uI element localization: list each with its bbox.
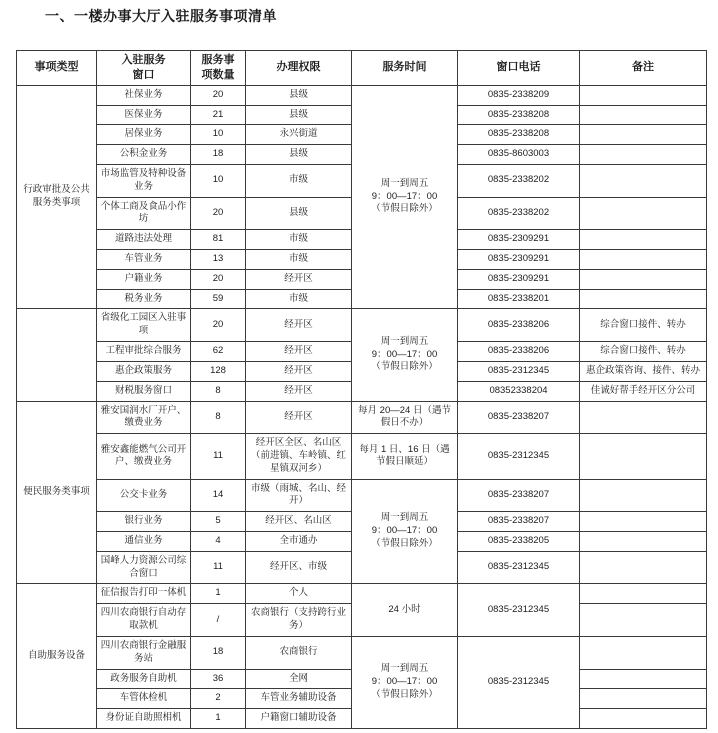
table-cell: 农商银行 [246,636,352,669]
table-row: 便民服务类事项雅安国润水厂开户、缴费业务8经开区每月 20—24 日（遇节假日不… [17,401,707,434]
table-cell: 周一到周五 9：00—17：00 （节假日除外） [352,636,458,728]
table-cell: 0835-2312345 [458,434,580,479]
table-cell: 21 [191,105,246,125]
table-cell: 公积金业务 [97,145,191,165]
table-cell: 国峰人力资源公司综合窗口 [97,551,191,584]
column-header: 服务事 项数量 [191,51,246,86]
table-cell: 经开区 [246,381,352,401]
table-cell [580,584,707,604]
table-cell: 财税服务窗口 [97,381,191,401]
table-cell: 36 [191,669,246,689]
table-cell: 0835-2338206 [458,342,580,362]
table-cell: 经开区 [246,309,352,342]
table-cell: 20 [191,309,246,342]
document-page: 一、一楼办事大厅入驻服务事项清单 事项类型入驻服务 窗口服务事 项数量办理权限服… [0,0,718,733]
table-cell: 0835-2338207 [458,512,580,532]
table-cell [580,401,707,434]
table-cell: 经开区 [246,269,352,289]
table-cell: 医保业务 [97,105,191,125]
table-cell [17,309,97,401]
table-cell [580,197,707,230]
table-cell: 0835-2309291 [458,269,580,289]
table-cell: 雅安国润水厂开户、缴费业务 [97,401,191,434]
table-cell: 居保业务 [97,125,191,145]
table-cell: 81 [191,230,246,250]
table-cell: 10 [191,164,246,197]
table-cell: 政务服务自助机 [97,669,191,689]
page-title: 一、一楼办事大厅入驻服务事项清单 [45,6,277,26]
table-cell: 0835-2338206 [458,309,580,342]
table-cell: 8 [191,401,246,434]
table-cell: 工程审批综合服务 [97,342,191,362]
table-cell: 8 [191,381,246,401]
table-cell: 身份证自助照相机 [97,709,191,729]
table-row: 自助服务设备征信报告打印一体机1个人24 小时0835-2312345 [17,584,707,604]
table-cell: 0835-2338209 [458,85,580,105]
table-cell: 24 小时 [352,584,458,636]
table-cell: 周一到周五 9：00—17：00 （节假日除外） [352,309,458,401]
table-cell: 14 [191,479,246,512]
table-cell: 银行业务 [97,512,191,532]
table-cell: 市级（雨城、名山、经开） [246,479,352,512]
table-cell: 0835-2312345 [458,551,580,584]
services-table: 事项类型入驻服务 窗口服务事 项数量办理权限服务时间窗口电话备注 行政审批及公共… [16,50,707,729]
table-cell: 车管体检机 [97,689,191,709]
table-cell: 雅安鑫能燃气公司开户、缴费业务 [97,434,191,479]
table-cell: 车管业务辅助设备 [246,689,352,709]
column-header: 服务时间 [352,51,458,86]
table-cell: 0835-2338208 [458,105,580,125]
table-cell: 个体工商及食品小作坊 [97,197,191,230]
table-cell: 行政审批及公共服务类事项 [17,85,97,309]
table-cell: 征信报告打印一体机 [97,584,191,604]
table-cell: 11 [191,434,246,479]
table-cell: 每月 20—24 日（遇节假日不办） [352,401,458,434]
table-cell: 1 [191,584,246,604]
table-cell: 0835-2338207 [458,479,580,512]
table-cell [580,669,707,689]
table-cell: 市级 [246,230,352,250]
table-cell: / [191,604,246,637]
table-cell: 5 [191,512,246,532]
table-cell: 0835-8603003 [458,145,580,165]
column-header: 窗口电话 [458,51,580,86]
table-cell: 20 [191,197,246,230]
table-row: 四川农商银行金融服务站18农商银行周一到周五 9：00—17：00 （节假日除外… [17,636,707,669]
table-cell: 综合窗口接件、转办 [580,342,707,362]
table-cell [580,230,707,250]
table-cell: 农商银行（支持跨行业务） [246,604,352,637]
table-cell: 省级化工园区入驻事项 [97,309,191,342]
table-cell: 0835-2338207 [458,401,580,434]
table-cell [580,105,707,125]
table-cell [580,269,707,289]
table-cell: 通信业务 [97,532,191,552]
table-cell: 11 [191,551,246,584]
table-cell: 县级 [246,85,352,105]
table-cell: 0835-2312345 [458,361,580,381]
table-cell: 县级 [246,105,352,125]
table-cell: 全市通办 [246,532,352,552]
column-header: 办理权限 [246,51,352,86]
table-cell: 四川农商银行自动存取款机 [97,604,191,637]
table-cell: 59 [191,289,246,309]
table-cell: 经开区 [246,401,352,434]
table-cell: 0835-2309291 [458,230,580,250]
table-cell: 经开区、名山区 [246,512,352,532]
column-header: 备注 [580,51,707,86]
table-cell: 自助服务设备 [17,584,97,729]
table-cell: 0835-2338202 [458,197,580,230]
table-cell: 市级 [246,250,352,270]
table-cell: 市级 [246,164,352,197]
table-cell: 18 [191,145,246,165]
services-table-header-row: 事项类型入驻服务 窗口服务事 项数量办理权限服务时间窗口电话备注 [17,51,707,86]
table-cell: 经开区 [246,361,352,381]
table-cell: 县级 [246,197,352,230]
table-cell: 市场监管及特种设备业务 [97,164,191,197]
table-cell: 08352338204 [458,381,580,401]
table-cell [580,164,707,197]
table-cell: 4 [191,532,246,552]
table-cell: 0835-2309291 [458,250,580,270]
table-cell [580,434,707,479]
table-cell [580,145,707,165]
table-cell: 经开区全区、名山区（前进镇、车岭镇、红星镇双河乡） [246,434,352,479]
table-cell [580,125,707,145]
table-cell: 综合窗口接件、转办 [580,309,707,342]
table-cell: 62 [191,342,246,362]
table-cell: 道路违法处理 [97,230,191,250]
table-cell [580,532,707,552]
table-cell [580,250,707,270]
table-cell: 周一到周五 9：00—17：00 （节假日除外） [352,85,458,309]
table-cell: 惠企政策咨询、接件、转办 [580,361,707,381]
table-cell: 1 [191,709,246,729]
table-cell: 周一到周五 9：00—17：00 （节假日除外） [352,479,458,584]
services-table-body: 行政审批及公共服务类事项社保业务20县级周一到周五 9：00—17：00 （节假… [17,85,707,728]
table-cell: 13 [191,250,246,270]
table-cell [580,604,707,637]
table-cell: 经开区、市级 [246,551,352,584]
table-cell: 0835-2312345 [458,584,580,636]
table-cell: 0835-2338205 [458,532,580,552]
table-cell: 10 [191,125,246,145]
table-cell: 20 [191,85,246,105]
table-cell [580,289,707,309]
table-cell: 0835-2338202 [458,164,580,197]
table-cell [580,636,707,669]
table-cell: 户籍窗口辅助设备 [246,709,352,729]
table-cell [580,709,707,729]
table-cell: 0835-2338201 [458,289,580,309]
table-cell: 128 [191,361,246,381]
table-cell: 四川农商银行金融服务站 [97,636,191,669]
table-cell: 2 [191,689,246,709]
table-cell [580,512,707,532]
table-cell [580,689,707,709]
table-cell: 社保业务 [97,85,191,105]
table-row: 公交卡业务14市级（雨城、名山、经开）周一到周五 9：00—17：00 （节假日… [17,479,707,512]
table-cell [580,551,707,584]
table-cell: 车管业务 [97,250,191,270]
table-cell: 便民服务类事项 [17,401,97,584]
table-cell: 全网 [246,669,352,689]
table-row: 雅安鑫能燃气公司开户、缴费业务11经开区全区、名山区（前进镇、车岭镇、红星镇双河… [17,434,707,479]
table-cell: 18 [191,636,246,669]
table-row: 行政审批及公共服务类事项社保业务20县级周一到周五 9：00—17：00 （节假… [17,85,707,105]
table-cell: 公交卡业务 [97,479,191,512]
table-cell: 经开区 [246,342,352,362]
table-cell: 户籍业务 [97,269,191,289]
table-cell: 个人 [246,584,352,604]
column-header: 事项类型 [17,51,97,86]
table-cell: 市级 [246,289,352,309]
table-cell: 永兴街道 [246,125,352,145]
table-cell: 0835-2338208 [458,125,580,145]
table-row: 省级化工园区入驻事项20经开区周一到周五 9：00—17：00 （节假日除外）0… [17,309,707,342]
table-cell [580,85,707,105]
table-cell: 佳诚好帮手经开区分公司 [580,381,707,401]
table-cell [580,479,707,512]
table-cell: 惠企政策服务 [97,361,191,381]
table-cell: 每月 1 日、16 日（遇节假日顺延） [352,434,458,479]
column-header: 入驻服务 窗口 [97,51,191,86]
table-cell: 0835-2312345 [458,636,580,728]
table-cell: 税务业务 [97,289,191,309]
table-cell: 县级 [246,145,352,165]
table-cell: 20 [191,269,246,289]
